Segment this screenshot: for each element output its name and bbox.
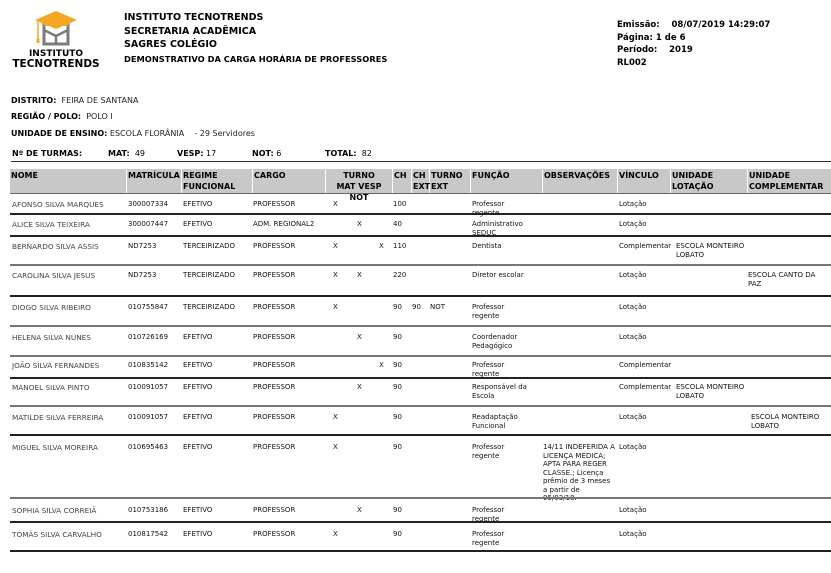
row-divider (10, 355, 831, 357)
report-title: DEMONSTRATIVO DA CARGA HORÁRIA DE PROFES… (124, 53, 387, 67)
cell-matricula: 010755847 (128, 303, 168, 311)
cell-vinculo: Complementar (619, 383, 671, 391)
cell-matricula: 010753186 (128, 506, 168, 514)
institution-header: INSTITUTO TECNOTRENDS SECRETARIA ACADÊMI… (124, 11, 387, 66)
col-header-nome: NOME (10, 169, 126, 193)
cell-regime: EFETIVO (183, 506, 212, 514)
cell-nome: DIOGO SILVA RIBEIRO (12, 303, 91, 312)
report-code: RL002 (617, 57, 770, 70)
cell-regime: TERCEIRIZADO (183, 303, 235, 311)
cell-cargo: PROFESSOR (253, 530, 295, 538)
cell-unlot: ESCOLA MONTEIRO LOBATO (676, 383, 746, 400)
staff-count: - 29 Servidores (194, 129, 255, 138)
cell-nome: ALICE SILVA TEIXEIRA (12, 220, 90, 229)
cell-obs: 14/11 INDEFERIDA A LICENÇA MÉDICA; APTA … (543, 443, 615, 503)
cell-vesp: X (357, 271, 362, 279)
mat-label: MAT: (108, 149, 130, 158)
cell-funcao: Diretor escolar (472, 271, 532, 280)
period-label: Período: (617, 45, 657, 55)
col-header-unidade-lotacao: UNIDADELOTAÇÃO (671, 169, 747, 193)
cell-mat: X (333, 530, 338, 538)
cell-regime: EFETIVO (183, 361, 212, 369)
cell-ch: 220 (393, 271, 406, 279)
row-divider (10, 377, 831, 379)
graduation-cap-icon (33, 10, 79, 48)
row-divider (10, 521, 831, 523)
cell-funcao: Professor regente (472, 361, 532, 378)
vesp-count: 17 (206, 149, 216, 158)
row-divider (10, 550, 831, 552)
cell-regime: EFETIVO (183, 383, 212, 391)
cell-not: X (379, 242, 384, 250)
col-header-matricula: MATRÍCULA (127, 169, 181, 193)
cell-matricula: 300007447 (128, 220, 168, 228)
institute-logo: INSTITUTO TECNOTRENDS (10, 10, 102, 72)
cell-funcao: Professor regente (472, 303, 532, 320)
cell-nome: AFONSO SILVA MARQUES (12, 200, 104, 209)
col-header-regime: REGIMEFUNCIONAL (182, 169, 252, 193)
col-header-funcao: FUNÇÃO (471, 169, 542, 193)
cell-matricula: 010835142 (128, 361, 168, 369)
row-divider (10, 325, 831, 327)
institution-name: INSTITUTO TECNOTRENDS (124, 11, 387, 25)
cell-ch: 90 (393, 506, 402, 514)
cell-uncomp: ESCOLA MONTEIRO LOBATO (751, 413, 831, 430)
logo-text-line2: TECNOTRENDS (10, 59, 102, 70)
cell-matricula: ND7253 (128, 242, 156, 250)
cell-regime: EFETIVO (183, 333, 212, 341)
cell-regime: EFETIVO (183, 443, 212, 451)
district-info: DISTRITO: FEIRA DE SANTANA (11, 96, 138, 105)
class-count-summary: Nº DE TURMAS: MAT: 49 VESP: 17 NOT: 6 TO… (11, 149, 831, 162)
district-value: FEIRA DE SANTANA (62, 96, 139, 105)
cell-matricula: 010695463 (128, 443, 168, 451)
row-divider (10, 497, 831, 499)
cell-vinculo: Lotação (619, 271, 647, 279)
period-value: 2019 (669, 45, 693, 55)
cell-funcao: Professor regente (472, 443, 532, 460)
cell-vinculo: Lotação (619, 506, 647, 514)
row-divider (10, 264, 831, 266)
row-divider (10, 235, 831, 237)
school-name: SAGRES COLÉGIO (124, 38, 387, 52)
cell-ch: 90 (393, 413, 402, 421)
col-header-ch: CH (393, 169, 411, 193)
cell-turnoext: NOT (430, 303, 445, 311)
cell-vinculo: Lotação (619, 413, 647, 421)
cell-cargo: PROFESSOR (253, 383, 295, 391)
cell-funcao: Dentista (472, 242, 532, 251)
not-count: 6 (276, 149, 281, 158)
cell-cargo: PROFESSOR (253, 333, 295, 341)
cell-matricula: 010091057 (128, 413, 168, 421)
cell-mat: X (333, 242, 338, 250)
cell-nome: JOÃO SILVA FERNANDES (12, 361, 99, 370)
total-count: 82 (362, 149, 372, 158)
cell-funcao: Coordenador Pedagógico (472, 333, 532, 350)
cell-ch: 90 (393, 443, 402, 451)
col-header-cargo: CARGO (253, 169, 325, 193)
cell-matricula: 010726169 (128, 333, 168, 341)
not-label: NOT: (252, 149, 274, 158)
cell-cargo: PROFESSOR (253, 271, 295, 279)
table-header: NOME MATRÍCULA REGIMEFUNCIONAL CARGO TUR… (10, 169, 831, 194)
cell-regime: EFETIVO (183, 220, 212, 228)
cell-cargo: PROFESSOR (253, 506, 295, 514)
cell-unlot: ESCOLA MONTEIRO LOBATO (676, 242, 746, 259)
cell-funcao: Readaptação Funcional (472, 413, 532, 430)
row-divider (10, 295, 831, 297)
cell-funcao: Professor regente (472, 530, 532, 547)
cell-cargo: PROFESSOR (253, 242, 295, 250)
cell-nome: CAROLINA SILVA JESUS (12, 271, 95, 280)
cell-cargo: ADM. REGIONAL2 (253, 220, 314, 228)
cell-vinculo: Lotação (619, 530, 647, 538)
cell-cargo: PROFESSOR (253, 303, 295, 311)
cell-mat: X (333, 443, 338, 451)
cell-funcao: Responsável da Escola (472, 383, 532, 400)
cell-nome: SOPHIA SILVA CORREIÃ (12, 506, 96, 515)
cell-vinculo: Lotação (619, 443, 647, 451)
cell-chext: 90 (412, 303, 421, 311)
department-name: SECRETARIA ACADÊMICA (124, 25, 387, 39)
cell-not: X (379, 361, 384, 369)
col-header-unidade-complementar: UNIDADECOMPLEMENTAR (748, 169, 831, 193)
report-meta: Emissão: 08/07/2019 14:29:07 Página: 1 d… (617, 19, 770, 69)
cell-nome: BERNARDO SILVA ASSIS (12, 242, 99, 251)
cell-vinculo: Complementar (619, 242, 671, 250)
cell-ch: 100 (393, 200, 406, 208)
cell-nome: MANOEL SILVA PINTO (12, 383, 90, 392)
district-label: DISTRITO: (11, 96, 56, 105)
region-label: REGIÃO / POLO: (11, 112, 81, 121)
cell-ch: 90 (393, 530, 402, 538)
row-divider (10, 213, 831, 215)
cell-vinculo: Lotação (619, 200, 647, 208)
col-header-vinculo: VÍNCULO (618, 169, 670, 193)
col-header-turno-ext: TURNOEXT (430, 169, 470, 193)
cell-ch: 90 (393, 361, 402, 369)
mat-count: 49 (135, 149, 145, 158)
col-header-ch-ext: CHEXT (412, 169, 429, 193)
cell-cargo: PROFESSOR (253, 413, 295, 421)
emission-label: Emissão: (617, 20, 660, 30)
cell-mat: X (333, 413, 338, 421)
cell-vesp: X (357, 506, 362, 514)
cell-vinculo: Lotação (619, 303, 647, 311)
cell-vinculo: Complementar (619, 361, 671, 369)
school-unit-value: ESCOLA FLORÂNIA (110, 129, 184, 138)
school-unit-label: UNIDADE DE ENSINO: (11, 129, 107, 138)
cell-regime: EFETIVO (183, 530, 212, 538)
cell-mat: X (333, 200, 338, 208)
cell-cargo: PROFESSOR (253, 443, 295, 451)
cell-mat: X (333, 303, 338, 311)
cell-uncomp: ESCOLA CANTO DA PAZ (748, 271, 828, 288)
col-header-observacoes: OBSERVAÇÕES (543, 169, 617, 193)
cell-nome: MIGUEL SILVA MOREIRA (12, 443, 98, 452)
cell-cargo: PROFESSOR (253, 200, 295, 208)
cell-matricula: 010091057 (128, 383, 168, 391)
cell-regime: EFETIVO (183, 413, 212, 421)
cell-matricula: 300007334 (128, 200, 168, 208)
region-info: REGIÃO / POLO: POLO I (11, 112, 113, 121)
col-header-turno: TURNOMAT VESP NOT (326, 169, 392, 193)
cell-nome: MATILDE SILVA FERREIRA (12, 413, 103, 422)
vesp-label: VESP: (177, 149, 203, 158)
cell-ch: 90 (393, 303, 402, 311)
cell-ch: 110 (393, 242, 406, 250)
page-number: Página: 1 de 6 (617, 32, 770, 45)
region-value: POLO I (86, 112, 113, 121)
cell-mat: X (333, 271, 338, 279)
cell-ch: 90 (393, 333, 402, 341)
cell-vesp: X (357, 383, 362, 391)
cell-vinculo: Lotação (619, 333, 647, 341)
cell-nome: HELENA SILVA NUNES (12, 333, 91, 342)
cell-vesp: X (357, 333, 362, 341)
cell-matricula: ND7253 (128, 271, 156, 279)
cell-vinculo: Lotação (619, 220, 647, 228)
cell-ch: 40 (393, 220, 402, 228)
row-divider (10, 405, 831, 407)
cell-matricula: 010817542 (128, 530, 168, 538)
school-unit-info: UNIDADE DE ENSINO: ESCOLA FLORÂNIA - 29 … (11, 129, 255, 138)
total-label: TOTAL: (325, 149, 357, 158)
classes-label: Nº DE TURMAS: (12, 149, 82, 158)
cell-ch: 90 (393, 383, 402, 391)
cell-cargo: PROFESSOR (253, 361, 295, 369)
cell-nome: TOMÁS SILVA CARVALHO (12, 530, 102, 539)
emission-value: 08/07/2019 14:29:07 (672, 20, 771, 30)
cell-vesp: X (357, 220, 362, 228)
cell-regime: EFETIVO (183, 200, 212, 208)
cell-regime: TERCEIRIZADO (183, 271, 235, 279)
cell-regime: TERCEIRIZADO (183, 242, 235, 250)
row-divider (10, 434, 831, 436)
